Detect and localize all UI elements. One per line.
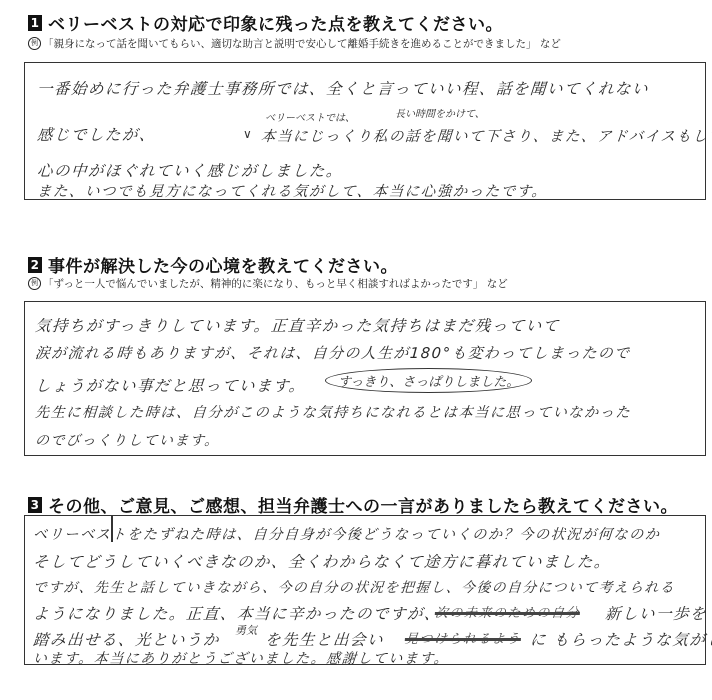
answer-1-line-2a: 感じでしたが、 xyxy=(36,123,157,145)
question-2-text: 事件が解決した今の心境を教えてください。 xyxy=(48,252,398,277)
example-mark-icon: 例 xyxy=(28,37,41,50)
answer-1-line-1: 一番始めに行った弁護士事務所では、全くと言っていい程、話を聞いてくれない xyxy=(36,77,650,99)
answer-3-struck-text-1: 次の未来のための自分 xyxy=(434,602,580,621)
answer-3-line-4b: 新しい一歩を xyxy=(604,602,708,624)
question-1-title: 1 ベリーベストの対応で印象に残った点を教えてください。 xyxy=(28,10,503,35)
answer-1-line-3: 心の中がほぐれていく感じがしました。 xyxy=(36,159,344,181)
example-mark-icon: 例 xyxy=(28,277,41,290)
question-number-badge: 2 xyxy=(28,257,42,273)
answer-3-line-5a: 踏み出せる、光というか xyxy=(32,628,221,650)
question-1-example: 例 「親身になって話を聞いてもらい、適切な助言と説明で安心して離婚手続きを進める… xyxy=(28,36,561,51)
question-number-badge: 1 xyxy=(28,15,42,31)
question-2-title: 2 事件が解決した今の心境を教えてください。 xyxy=(28,252,398,277)
answer-3-struck-text-2: 見つけられるよう xyxy=(404,628,521,647)
answer-3-line-6: います。本当にありがとうございました。感謝しています。 xyxy=(32,648,450,668)
answer-1-line-4: また、いつでも見方になってくれる気がして、本当に心強かったです。 xyxy=(36,180,548,201)
answer-box-3: ベリーベストをたずねた時は、自分自身が今後どうなっていくのか？今の状況が何なのか… xyxy=(24,515,706,665)
answer-2-line-4: 先生に相談した時は、自分がこのような気持ちになれるとは本当に思っていなかった xyxy=(34,402,632,422)
answer-3-insert: 勇気 xyxy=(235,622,257,638)
answer-2-line-1: 気持ちがすっきりしています。正直辛かった気持ちはまだ残っていて xyxy=(34,314,560,336)
answer-1-insert-1: ベリーベストでは、 xyxy=(265,109,355,124)
question-1-text: ベリーベストの対応で印象に残った点を教えてください。 xyxy=(48,10,503,35)
answer-2-speech-bubble: すっきり、さっぱりしました。 xyxy=(325,368,532,393)
answer-3-line-2: そしてどうしていくべきなのか、全くわからなくて途方に暮れていました。 xyxy=(32,550,612,572)
insert-caret-icon: ∨ xyxy=(243,127,252,141)
answer-2-line-5: のでびっくりしています。 xyxy=(34,430,220,450)
answer-2-line-2: 涙が流れる時もありますが、それは、自分の人生が180°も変わってしまったので xyxy=(34,342,631,363)
answer-box-2: 気持ちがすっきりしています。正直辛かった気持ちはまだ残っていて 涙が流れる時もあ… xyxy=(24,301,706,456)
answer-1-line-2b: 本当にじっくり私の話を聞いて下さり、また、アドバイスもしてくれたり xyxy=(260,125,712,146)
question-2-example: 例 「ずっと一人で悩んでいましたが、精神的に楽になり、もっと早く相談すればよかっ… xyxy=(28,276,508,291)
answer-3-line-1: ベリーベストをたずねた時は、自分自身が今後どうなっていくのか？今の状況が何なのか xyxy=(32,524,661,544)
question-1-example-text: 「親身になって話を聞いてもらい、適切な助言と説明で安心して離婚手続きを進めること… xyxy=(43,36,561,51)
answer-3-line-3: ですが、先生と話していきながら、今の自分の状況を把握し、今後の自分について考えら… xyxy=(32,576,676,596)
question-2-example-text: 「ずっと一人で悩んでいましたが、精神的に楽になり、もっと早く相談すればよかったで… xyxy=(43,276,508,291)
answer-box-1: 一番始めに行った弁護士事務所では、全くと言っていい程、話を聞いてくれない ベリー… xyxy=(24,62,706,200)
question-number-badge: 3 xyxy=(28,497,42,513)
answer-3-line-4: ようになりました。正直、本当に辛かったのですが、 xyxy=(32,602,442,624)
question-3-title: 3 その他、ご意見、ご感想、担当弁護士への一言がありましたら教えてください。 xyxy=(28,492,678,517)
answer-3-line-5b: を先生と出会い xyxy=(264,628,385,650)
answer-2-line-3: しょうがない事だと思っています。 xyxy=(34,374,306,396)
answer-1-insert-2: 長い時間をかけて、 xyxy=(395,105,485,120)
question-3-text: その他、ご意見、ご感想、担当弁護士への一言がありましたら教えてください。 xyxy=(48,492,678,517)
answer-3-line-5c: に もらったような気がして xyxy=(529,628,712,650)
